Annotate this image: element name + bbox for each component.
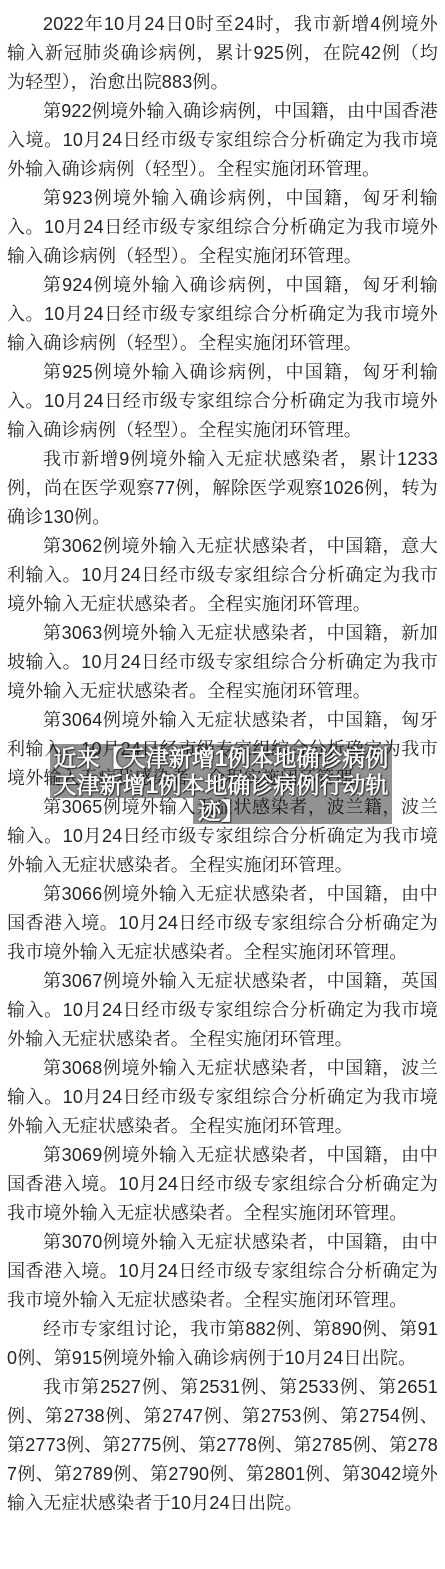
paragraph: 第3066例境外输入无症状感染者，中国籍，由中国香港入境。10月24日经市级专家… [7,880,438,967]
title-overlay: 近来【天津新增1例本地确诊病例 天津新增1例本地确诊病例行动轨 迹】 [50,744,392,825]
paragraph: 第3062例境外输入无症状感染者，中国籍，意大利输入。10月24日经市级专家组综… [7,532,438,619]
paragraph: 第3068例境外输入无症状感染者，中国籍，波兰输入。10月24日经市级专家组综合… [7,1054,438,1141]
overlay-title-line: 近来【天津新增1例本地确诊病例 [50,745,392,772]
paragraph: 第3070例境外输入无症状感染者，中国籍，由中国香港入境。10月24日经市级专家… [7,1228,438,1315]
overlay-title: 近来【天津新增1例本地确诊病例 天津新增1例本地确诊病例行动轨 迹】 [50,744,392,825]
page: { "page": { "background_color": "#ffffff… [0,0,445,1569]
paragraph: 我市新增9例境外输入无症状感染者，累计1233例，尚在医学观察77例，解除医学观… [7,445,438,532]
overlay-title-line: 迹】 [50,798,392,825]
paragraph: 第924例境外输入确诊病例，中国籍，匈牙利输入。10月24日经市级专家组综合分析… [7,271,438,358]
paragraph: 第925例境外输入确诊病例，中国籍，匈牙利输入。10月24日经市级专家组综合分析… [7,358,438,445]
paragraph: 第923例境外输入确诊病例，中国籍，匈牙利输入。10月24日经市级专家组综合分析… [7,184,438,271]
paragraph: 第3069例境外输入无症状感染者，中国籍，由中国香港入境。10月24日经市级专家… [7,1141,438,1228]
overlay-title-line: 天津新增1例本地确诊病例行动轨 [50,772,392,799]
paragraph: 第3067例境外输入无症状感染者，中国籍，英国输入。10月24日经市级专家组综合… [7,967,438,1054]
paragraph: 第922例境外输入确诊病例，中国籍，由中国香港入境。10月24日经市级专家组综合… [7,97,438,184]
paragraph: 经市专家组讨论，我市第882例、第890例、第910例、第915例境外输入确诊病… [7,1315,438,1373]
paragraph: 2022年10月24日0时至24时，我市新增4例境外输入新冠肺炎确诊病例，累计9… [7,10,438,97]
paragraph: 第3063例境外输入无症状感染者，中国籍，新加坡输入。10月24日经市级专家组综… [7,619,438,706]
paragraph: 我市第2527例、第2531例、第2533例、第2651例、第2738例、第27… [7,1373,438,1518]
